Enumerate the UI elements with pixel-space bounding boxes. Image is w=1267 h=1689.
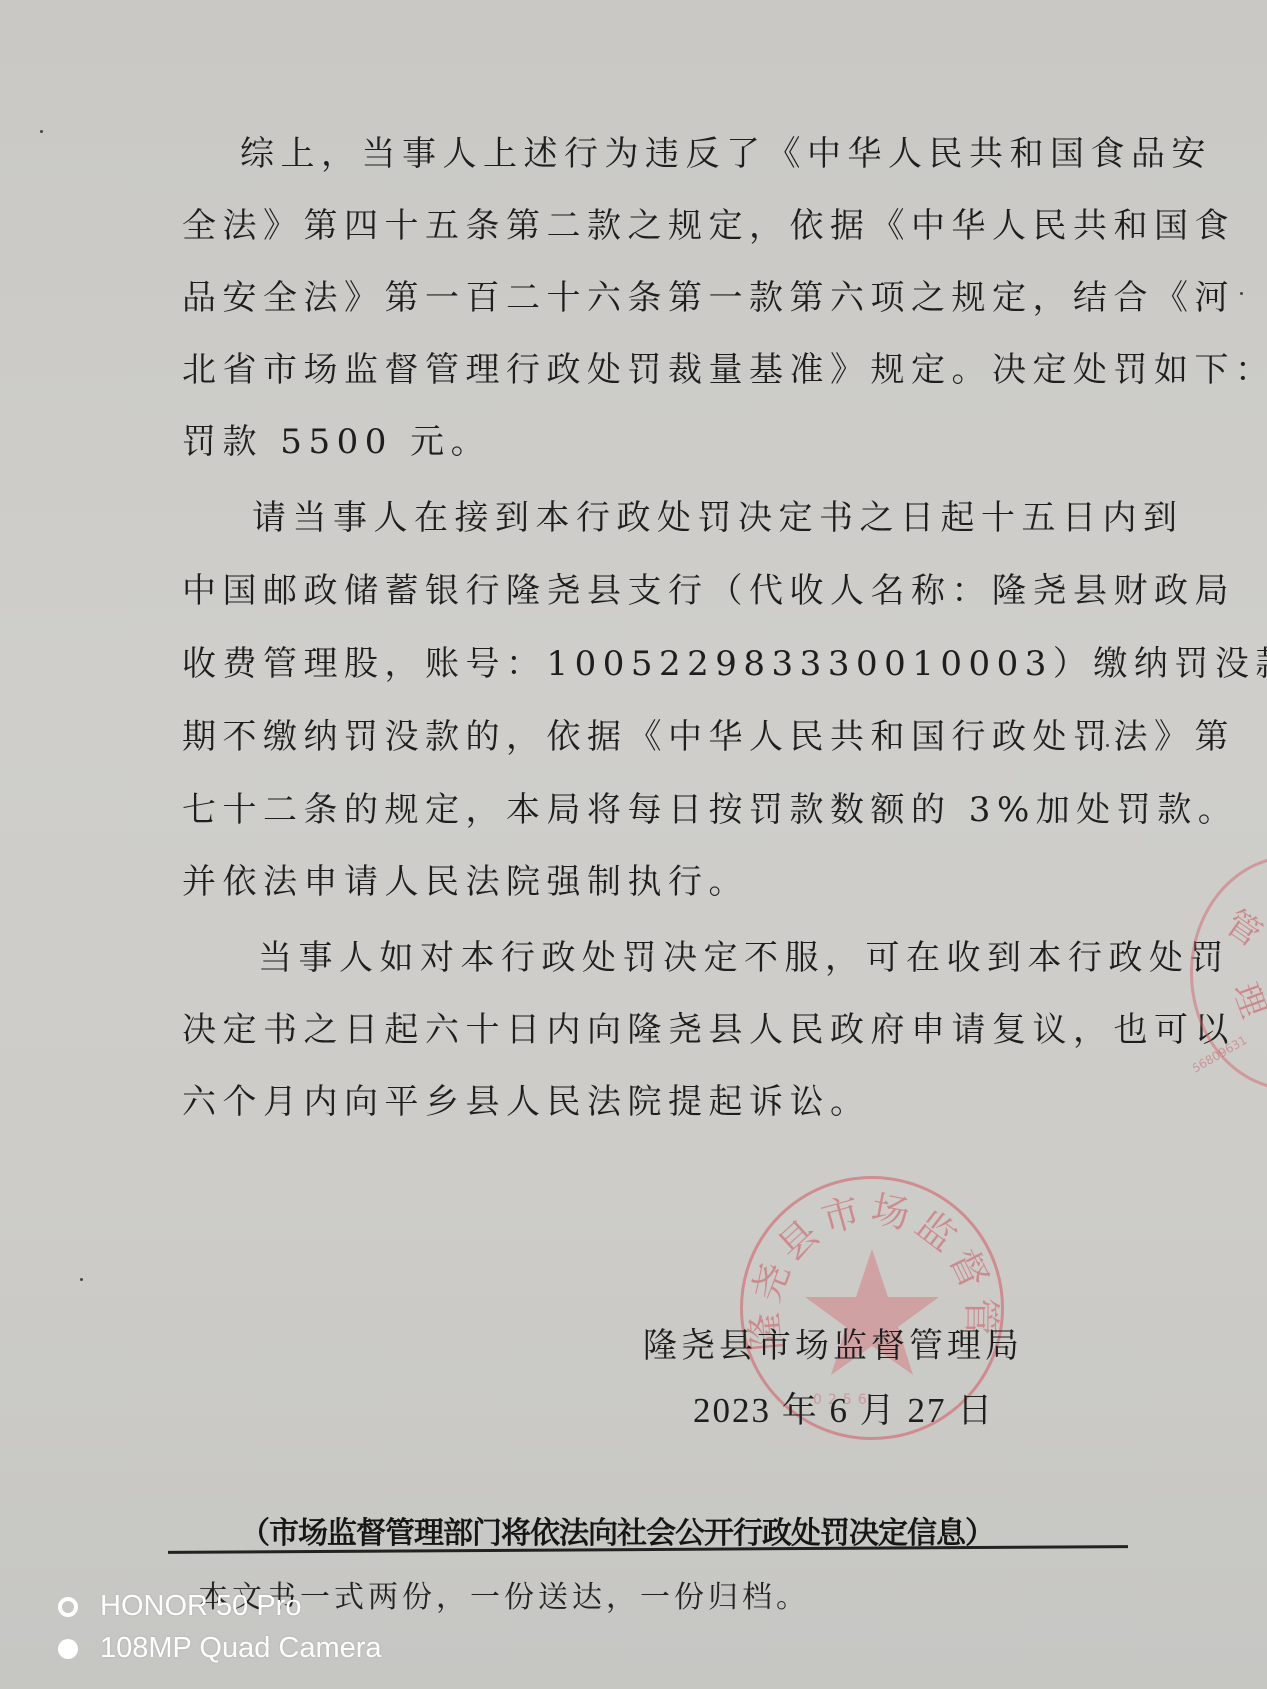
text-line: 六个月内向平乡县人民法院提起诉讼。 [182, 1082, 871, 1122]
camera-spec-watermark: 108MP Quad Camera [58, 1632, 382, 1665]
side-official-stamp: 管 理 56809631 [1190, 855, 1267, 1091]
svg-text:理: 理 [1225, 977, 1267, 1023]
public-disclosure-notice: （市场监督管理部门将依法向社会公开行政处罚决定信息） [240, 1508, 994, 1552]
paper-speck [80, 1278, 83, 1281]
side-stamp-icon: 管 理 56809631 [1193, 858, 1267, 1088]
text-line: 品安全法》第一百二十六条第一款第六项之规定，结合《河 [182, 278, 1235, 318]
text-line: 中国邮政储蓄银行隆尧县支行（代收人名称：隆尧县财政局 [182, 571, 1235, 611]
paper-speck [40, 130, 43, 133]
text-line: 北省市场监督管理行政处罚裁量基准》规定。决定处罚如下： [182, 350, 1267, 390]
camera-model-text: HONOR 50 Pro [100, 1590, 301, 1623]
text-line: 全法》第四十五条第二款之规定，依据《中华人民共和国食 [182, 206, 1235, 246]
issuing-authority: 隆尧县市场监督管理局 [643, 1318, 1023, 1367]
document-page: 综上，当事人上述行为违反了《中华人民共和国食品安 全法》第四十五条第二款之规定，… [0, 0, 1267, 1689]
text-line: 七十二条的规定，本局将每日按罚款数额的 3%加处罚款。 [182, 790, 1238, 830]
issue-date: 2023 年 6 月 27 日 [693, 1383, 994, 1433]
svg-text:56809631: 56809631 [1193, 1033, 1249, 1076]
svg-text:管: 管 [1218, 903, 1267, 955]
text-line: 请当事人在接到本行政处罚决定书之日起十五日内到 [252, 498, 1184, 538]
text-line: 期不缴纳罚没款的，依据《中华人民共和国行政处罚法》第 [182, 717, 1235, 757]
fine-amount-line: 罚款 5500 元。 [182, 422, 491, 462]
text-line: 并依法申请人民法院强制执行。 [182, 862, 749, 902]
account-number-line: 收费管理股，账号：100522983330010003）缴纳罚没款。到 [182, 644, 1267, 684]
camera-spec-text: 108MP Quad Camera [100, 1632, 382, 1665]
text-line: 当事人如对本行政处罚决定不服，可在收到本行政处罚 [258, 938, 1230, 978]
text-line: 决定书之日起六十日内向隆尧县人民政府申请复议，也可以 [182, 1010, 1235, 1050]
hollow-circle-icon [58, 1597, 78, 1617]
filled-circle-icon [58, 1639, 78, 1659]
paper-speck [1106, 744, 1109, 747]
text-line: 综上，当事人上述行为违反了《中华人民共和国食品安 [240, 134, 1212, 174]
paper-speck [1240, 292, 1243, 295]
paper-speck [1174, 138, 1177, 141]
camera-model-watermark: HONOR 50 Pro [58, 1590, 301, 1623]
